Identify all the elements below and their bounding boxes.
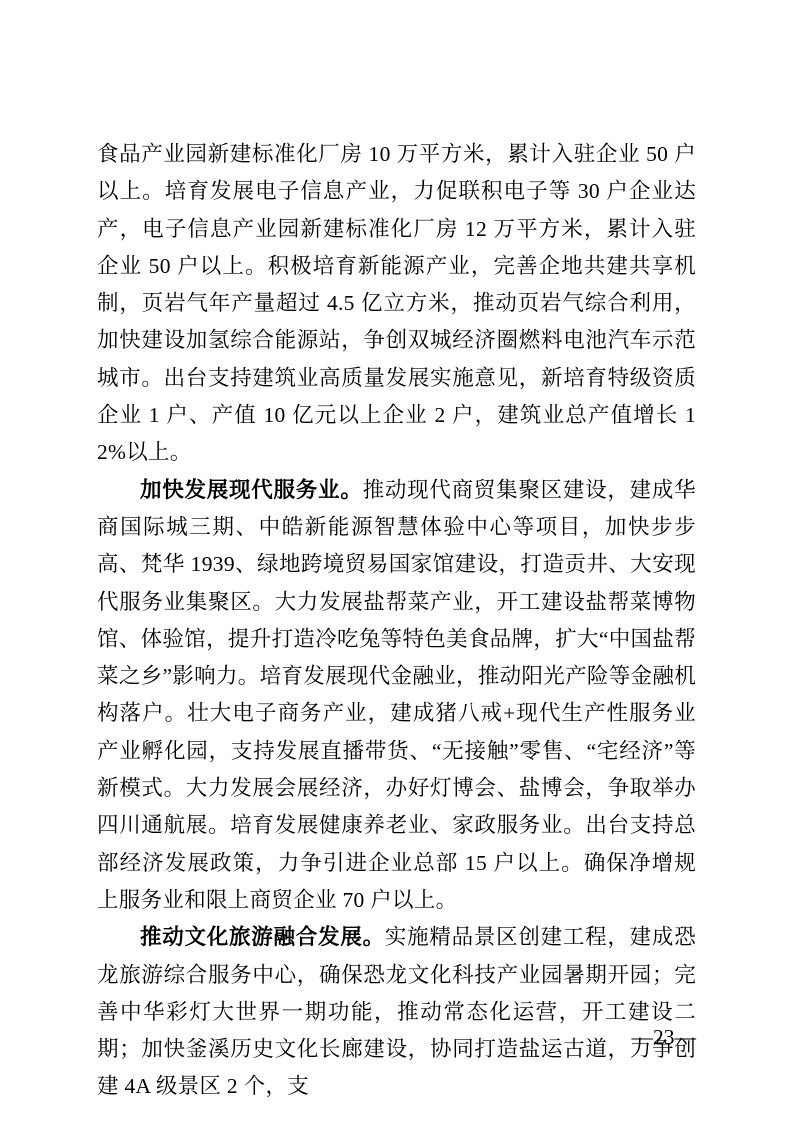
document-page: 食品产业园新建标准化厂房 10 万平方米，累计入驻企业 50 户以上。培育发展电… bbox=[0, 0, 793, 1122]
paragraph: 加快发展现代服务业。推动现代商贸集聚区建设，建成华商国际城三期、中皓新能源智慧体… bbox=[97, 472, 696, 920]
page-number: —23— bbox=[632, 1024, 697, 1050]
paragraph-lead: 加快发展现代服务业。 bbox=[140, 478, 363, 502]
document-body: 食品产业园新建标准化厂房 10 万平方米，累计入驻企业 50 户以上。培育发展电… bbox=[97, 136, 696, 1106]
paragraph: 推动文化旅游融合发展。实施精品景区创建工程，建成恐龙旅游综合服务中心，确保恐龙文… bbox=[97, 919, 696, 1105]
paragraph: 食品产业园新建标准化厂房 10 万平方米，累计入驻企业 50 户以上。培育发展电… bbox=[97, 136, 696, 472]
paragraph-lead: 推动文化旅游融合发展。 bbox=[140, 925, 385, 949]
